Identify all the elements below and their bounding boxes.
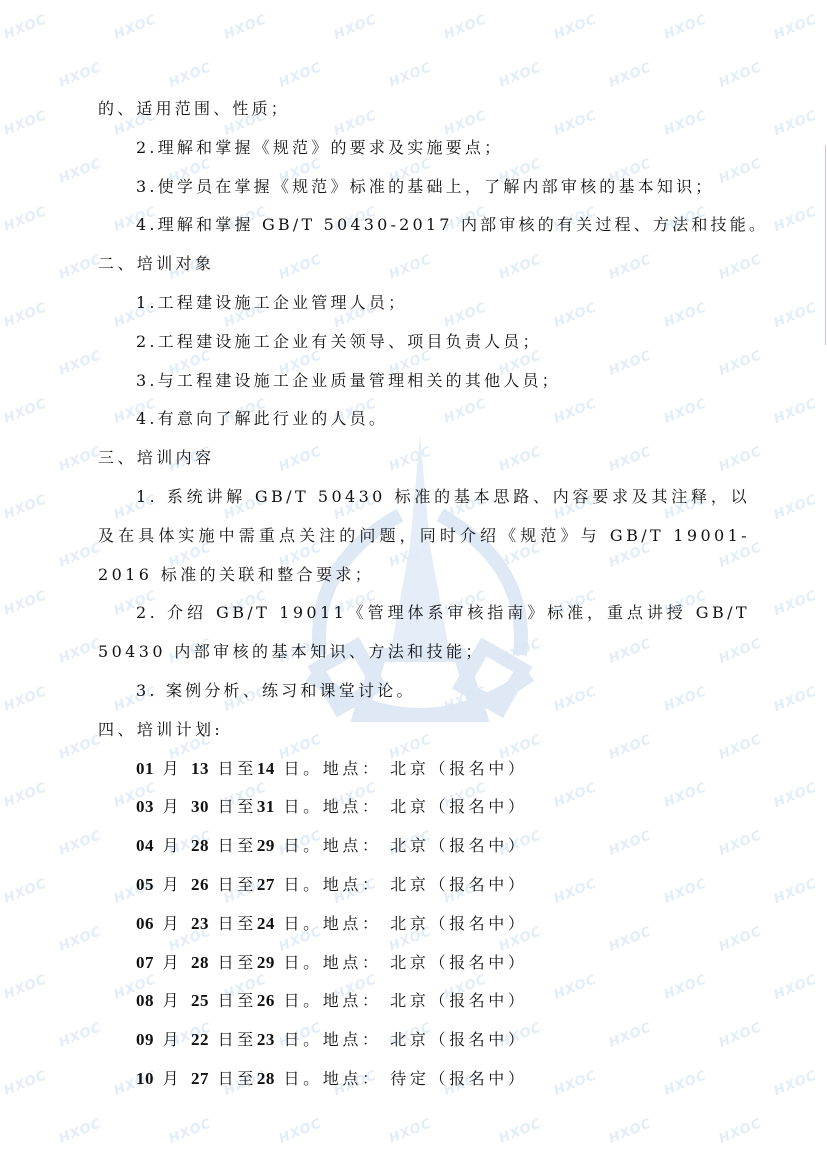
watermark-text: HXOC bbox=[2, 108, 49, 139]
watermark-text: HXOC bbox=[277, 1116, 324, 1147]
schedule-end-day: 29 bbox=[257, 836, 275, 855]
schedule-row: 10 月 27 日至28 日。地点： 待定（报名中） bbox=[98, 1060, 750, 1099]
end-day-label: 日。 bbox=[275, 1069, 323, 1088]
schedule-start-day: 25 bbox=[191, 991, 209, 1010]
watermark-text: HXOC bbox=[57, 732, 104, 763]
schedule-status: 报名中 bbox=[449, 914, 508, 933]
watermark-text: HXOC bbox=[552, 12, 599, 43]
watermark-text: HXOC bbox=[57, 348, 104, 379]
schedule-row: 06 月 23 日至24 日。地点： 北京（报名中） bbox=[98, 905, 750, 944]
watermark-text: HXOC bbox=[277, 60, 324, 91]
month-label: 月 bbox=[154, 914, 191, 933]
watermark-text: HXOC bbox=[2, 876, 49, 907]
watermark-text: HXOC bbox=[2, 1068, 49, 1099]
status-close: ） bbox=[508, 1030, 528, 1049]
status-open: （ bbox=[429, 797, 449, 816]
status-close: ） bbox=[508, 875, 528, 894]
schedule-row: 09 月 22 日至23 日。地点： 北京（报名中） bbox=[98, 1021, 750, 1060]
watermark-text: HXOC bbox=[387, 1116, 434, 1147]
watermark-text: HXOC bbox=[772, 108, 819, 139]
schedule-end-day: 28 bbox=[257, 1069, 275, 1088]
audience-item: 4.有意向了解此行业的人员。 bbox=[98, 400, 750, 439]
day-to-label: 日至 bbox=[209, 875, 257, 894]
month-label: 月 bbox=[154, 1030, 191, 1049]
schedule-row: 05 月 26 日至27 日。地点： 北京（报名中） bbox=[98, 866, 750, 905]
watermark-text: HXOC bbox=[772, 780, 819, 811]
schedule-start-day: 28 bbox=[191, 953, 209, 972]
schedule-month: 09 bbox=[136, 1030, 154, 1049]
location-label: 地点： bbox=[323, 914, 391, 933]
day-to-label: 日至 bbox=[209, 953, 257, 972]
end-day-label: 日。 bbox=[275, 1030, 323, 1049]
schedule-end-day: 26 bbox=[257, 991, 275, 1010]
watermark-text: HXOC bbox=[2, 300, 49, 331]
schedule-start-day: 13 bbox=[191, 759, 209, 778]
schedule-location: 北京 bbox=[390, 759, 429, 778]
watermark-text: HXOC bbox=[2, 780, 49, 811]
schedule-location: 待定 bbox=[390, 1069, 429, 1088]
status-close: ） bbox=[508, 759, 528, 778]
schedule-location: 北京 bbox=[390, 1030, 429, 1049]
schedule-end-day: 24 bbox=[257, 914, 275, 933]
section-heading-audience: 二、培训对象 bbox=[98, 245, 750, 284]
objective-item: 3.使学员在掌握《规范》标准的基础上，了解内部审核的基本知识； bbox=[98, 168, 750, 207]
schedule-status: 报名中 bbox=[449, 875, 508, 894]
status-close: ） bbox=[508, 914, 528, 933]
month-label: 月 bbox=[154, 797, 191, 816]
day-to-label: 日至 bbox=[209, 914, 257, 933]
schedule-end-day: 29 bbox=[257, 953, 275, 972]
audience-item: 2.工程建设施工企业有关领导、项目负责人员； bbox=[98, 323, 750, 362]
status-open: （ bbox=[429, 836, 449, 855]
watermark-text: HXOC bbox=[57, 60, 104, 91]
watermark-text: HXOC bbox=[772, 876, 819, 907]
schedule-month: 10 bbox=[136, 1069, 154, 1088]
watermark-text: HXOC bbox=[2, 588, 49, 619]
watermark-text: HXOC bbox=[607, 60, 654, 91]
watermark-text: HXOC bbox=[2, 396, 49, 427]
end-day-label: 日。 bbox=[275, 797, 323, 816]
schedule-status: 报名中 bbox=[449, 991, 508, 1010]
status-open: （ bbox=[429, 1030, 449, 1049]
watermark-text: HXOC bbox=[112, 12, 159, 43]
watermark-text: HXOC bbox=[57, 156, 104, 187]
watermark-text: HXOC bbox=[772, 12, 819, 43]
watermark-text: HXOC bbox=[387, 60, 434, 91]
watermark-text: HXOC bbox=[57, 1116, 104, 1147]
status-open: （ bbox=[429, 875, 449, 894]
status-close: ） bbox=[508, 953, 528, 972]
watermark-text: HXOC bbox=[57, 636, 104, 667]
schedule-month: 05 bbox=[136, 875, 154, 894]
watermark-text: HXOC bbox=[222, 12, 269, 43]
watermark-text: HXOC bbox=[717, 60, 764, 91]
end-day-label: 日。 bbox=[275, 836, 323, 855]
status-open: （ bbox=[429, 953, 449, 972]
location-label: 地点： bbox=[323, 953, 391, 972]
schedule-end-day: 23 bbox=[257, 1030, 275, 1049]
location-label: 地点： bbox=[323, 991, 391, 1010]
month-label: 月 bbox=[154, 836, 191, 855]
watermark-text: HXOC bbox=[2, 492, 49, 523]
watermark-text: HXOC bbox=[442, 12, 489, 43]
schedule-month: 03 bbox=[136, 797, 154, 816]
schedule-row: 01 月 13 日至14 日。地点： 北京（报名中） bbox=[98, 750, 750, 789]
month-label: 月 bbox=[154, 759, 191, 778]
watermark-text: HXOC bbox=[772, 300, 819, 331]
watermark-text: HXOC bbox=[717, 1116, 764, 1147]
month-label: 月 bbox=[154, 991, 191, 1010]
location-label: 地点： bbox=[323, 759, 391, 778]
watermark-text: HXOC bbox=[772, 1068, 819, 1099]
content-item: 3. 案例分析、练习和课堂讨论。 bbox=[98, 672, 750, 711]
status-open: （ bbox=[429, 759, 449, 778]
status-open: （ bbox=[429, 1069, 449, 1088]
end-day-label: 日。 bbox=[275, 991, 323, 1010]
day-to-label: 日至 bbox=[209, 1069, 257, 1088]
schedule-location: 北京 bbox=[390, 991, 429, 1010]
status-close: ） bbox=[508, 836, 528, 855]
watermark-text: HXOC bbox=[607, 1116, 654, 1147]
schedule-status: 报名中 bbox=[449, 953, 508, 972]
schedule-start-day: 30 bbox=[191, 797, 209, 816]
watermark-text: HXOC bbox=[57, 252, 104, 283]
schedule-month: 04 bbox=[136, 836, 154, 855]
section-heading-schedule: 四、培训计划: bbox=[98, 711, 750, 750]
continued-line: 的、适用范围、性质； bbox=[98, 90, 750, 129]
schedule-location: 北京 bbox=[390, 953, 429, 972]
status-close: ） bbox=[508, 1069, 528, 1088]
watermark-text: HXOC bbox=[2, 12, 49, 43]
schedule-location: 北京 bbox=[390, 836, 429, 855]
schedule-status: 报名中 bbox=[449, 797, 508, 816]
schedule-location: 北京 bbox=[390, 875, 429, 894]
schedule-status: 报名中 bbox=[449, 1030, 508, 1049]
location-label: 地点： bbox=[323, 1069, 391, 1088]
watermark-text: HXOC bbox=[2, 684, 49, 715]
watermark-text: HXOC bbox=[497, 1116, 544, 1147]
watermark-text: HXOC bbox=[57, 444, 104, 475]
watermark-text: HXOC bbox=[772, 492, 819, 523]
document-page: 的、适用范围、性质； 2.理解和掌握《规范》的要求及实施要点； 3.使学员在掌握… bbox=[98, 90, 750, 1099]
day-to-label: 日至 bbox=[209, 836, 257, 855]
schedule-end-day: 31 bbox=[257, 797, 275, 816]
watermark-text: HXOC bbox=[2, 204, 49, 235]
day-to-label: 日至 bbox=[209, 759, 257, 778]
month-label: 月 bbox=[154, 1069, 191, 1088]
schedule-month: 08 bbox=[136, 991, 154, 1010]
watermark-text: HXOC bbox=[497, 60, 544, 91]
watermark-text: HXOC bbox=[57, 1020, 104, 1051]
status-close: ） bbox=[508, 991, 528, 1010]
audience-item: 1.工程建设施工企业管理人员； bbox=[98, 284, 750, 323]
watermark-text: HXOC bbox=[57, 924, 104, 955]
schedule-start-day: 28 bbox=[191, 836, 209, 855]
month-label: 月 bbox=[154, 875, 191, 894]
schedule-row: 03 月 30 日至31 日。地点： 北京（报名中） bbox=[98, 788, 750, 827]
watermark-text: HXOC bbox=[57, 828, 104, 859]
schedule-month: 06 bbox=[136, 914, 154, 933]
end-day-label: 日。 bbox=[275, 953, 323, 972]
audience-item: 3.与工程建设施工企业质量管理相关的其他人员； bbox=[98, 362, 750, 401]
watermark-text: HXOC bbox=[772, 972, 819, 1003]
watermark-text: HXOC bbox=[2, 972, 49, 1003]
objective-item: 4.理解和掌握 GB/T 50430-2017 内部审核的有关过程、方法和技能。 bbox=[98, 206, 750, 245]
schedule-status: 报名中 bbox=[449, 1069, 508, 1088]
schedule-end-day: 14 bbox=[257, 759, 275, 778]
day-to-label: 日至 bbox=[209, 1030, 257, 1049]
schedule-month: 07 bbox=[136, 953, 154, 972]
schedule-status: 报名中 bbox=[449, 759, 508, 778]
watermark-text: HXOC bbox=[167, 60, 214, 91]
watermark-text: HXOC bbox=[772, 204, 819, 235]
location-label: 地点： bbox=[323, 797, 391, 816]
day-to-label: 日至 bbox=[209, 797, 257, 816]
day-to-label: 日至 bbox=[209, 991, 257, 1010]
end-day-label: 日。 bbox=[275, 759, 323, 778]
end-day-label: 日。 bbox=[275, 875, 323, 894]
schedule-start-day: 22 bbox=[191, 1030, 209, 1049]
section-heading-content: 三、培训内容 bbox=[98, 439, 750, 478]
page-edge-marker bbox=[825, 145, 826, 345]
status-close: ） bbox=[508, 797, 528, 816]
watermark-text: HXOC bbox=[332, 12, 379, 43]
schedule-status: 报名中 bbox=[449, 836, 508, 855]
end-day-label: 日。 bbox=[275, 914, 323, 933]
watermark-text: HXOC bbox=[772, 396, 819, 427]
watermark-text: HXOC bbox=[772, 684, 819, 715]
month-label: 月 bbox=[154, 953, 191, 972]
schedule-start-day: 27 bbox=[191, 1069, 209, 1088]
location-label: 地点： bbox=[323, 875, 391, 894]
watermark-text: HXOC bbox=[772, 588, 819, 619]
schedule-start-day: 23 bbox=[191, 914, 209, 933]
location-label: 地点： bbox=[323, 1030, 391, 1049]
watermark-text: HXOC bbox=[167, 1116, 214, 1147]
schedule-start-day: 26 bbox=[191, 875, 209, 894]
status-open: （ bbox=[429, 991, 449, 1010]
watermark-text: HXOC bbox=[662, 12, 709, 43]
schedule-end-day: 27 bbox=[257, 875, 275, 894]
schedule-row: 04 月 28 日至29 日。地点： 北京（报名中） bbox=[98, 827, 750, 866]
schedule-row: 08 月 25 日至26 日。地点： 北京（报名中） bbox=[98, 982, 750, 1021]
status-open: （ bbox=[429, 914, 449, 933]
content-item: 2. 介绍 GB/T 19011《管理体系审核指南》标准，重点讲授 GB/T 5… bbox=[98, 594, 750, 672]
schedule-row: 07 月 28 日至29 日。地点： 北京（报名中） bbox=[98, 944, 750, 983]
content-item: 1. 系统讲解 GB/T 50430 标准的基本思路、内容要求及其注释，以及在具… bbox=[98, 478, 750, 594]
schedule-location: 北京 bbox=[390, 797, 429, 816]
location-label: 地点： bbox=[323, 836, 391, 855]
objective-item: 2.理解和掌握《规范》的要求及实施要点； bbox=[98, 129, 750, 168]
watermark-text: HXOC bbox=[57, 540, 104, 571]
schedule-location: 北京 bbox=[390, 914, 429, 933]
schedule-list: 01 月 13 日至14 日。地点： 北京（报名中） 03 月 30 日至31 … bbox=[98, 750, 750, 1099]
schedule-month: 01 bbox=[136, 759, 154, 778]
